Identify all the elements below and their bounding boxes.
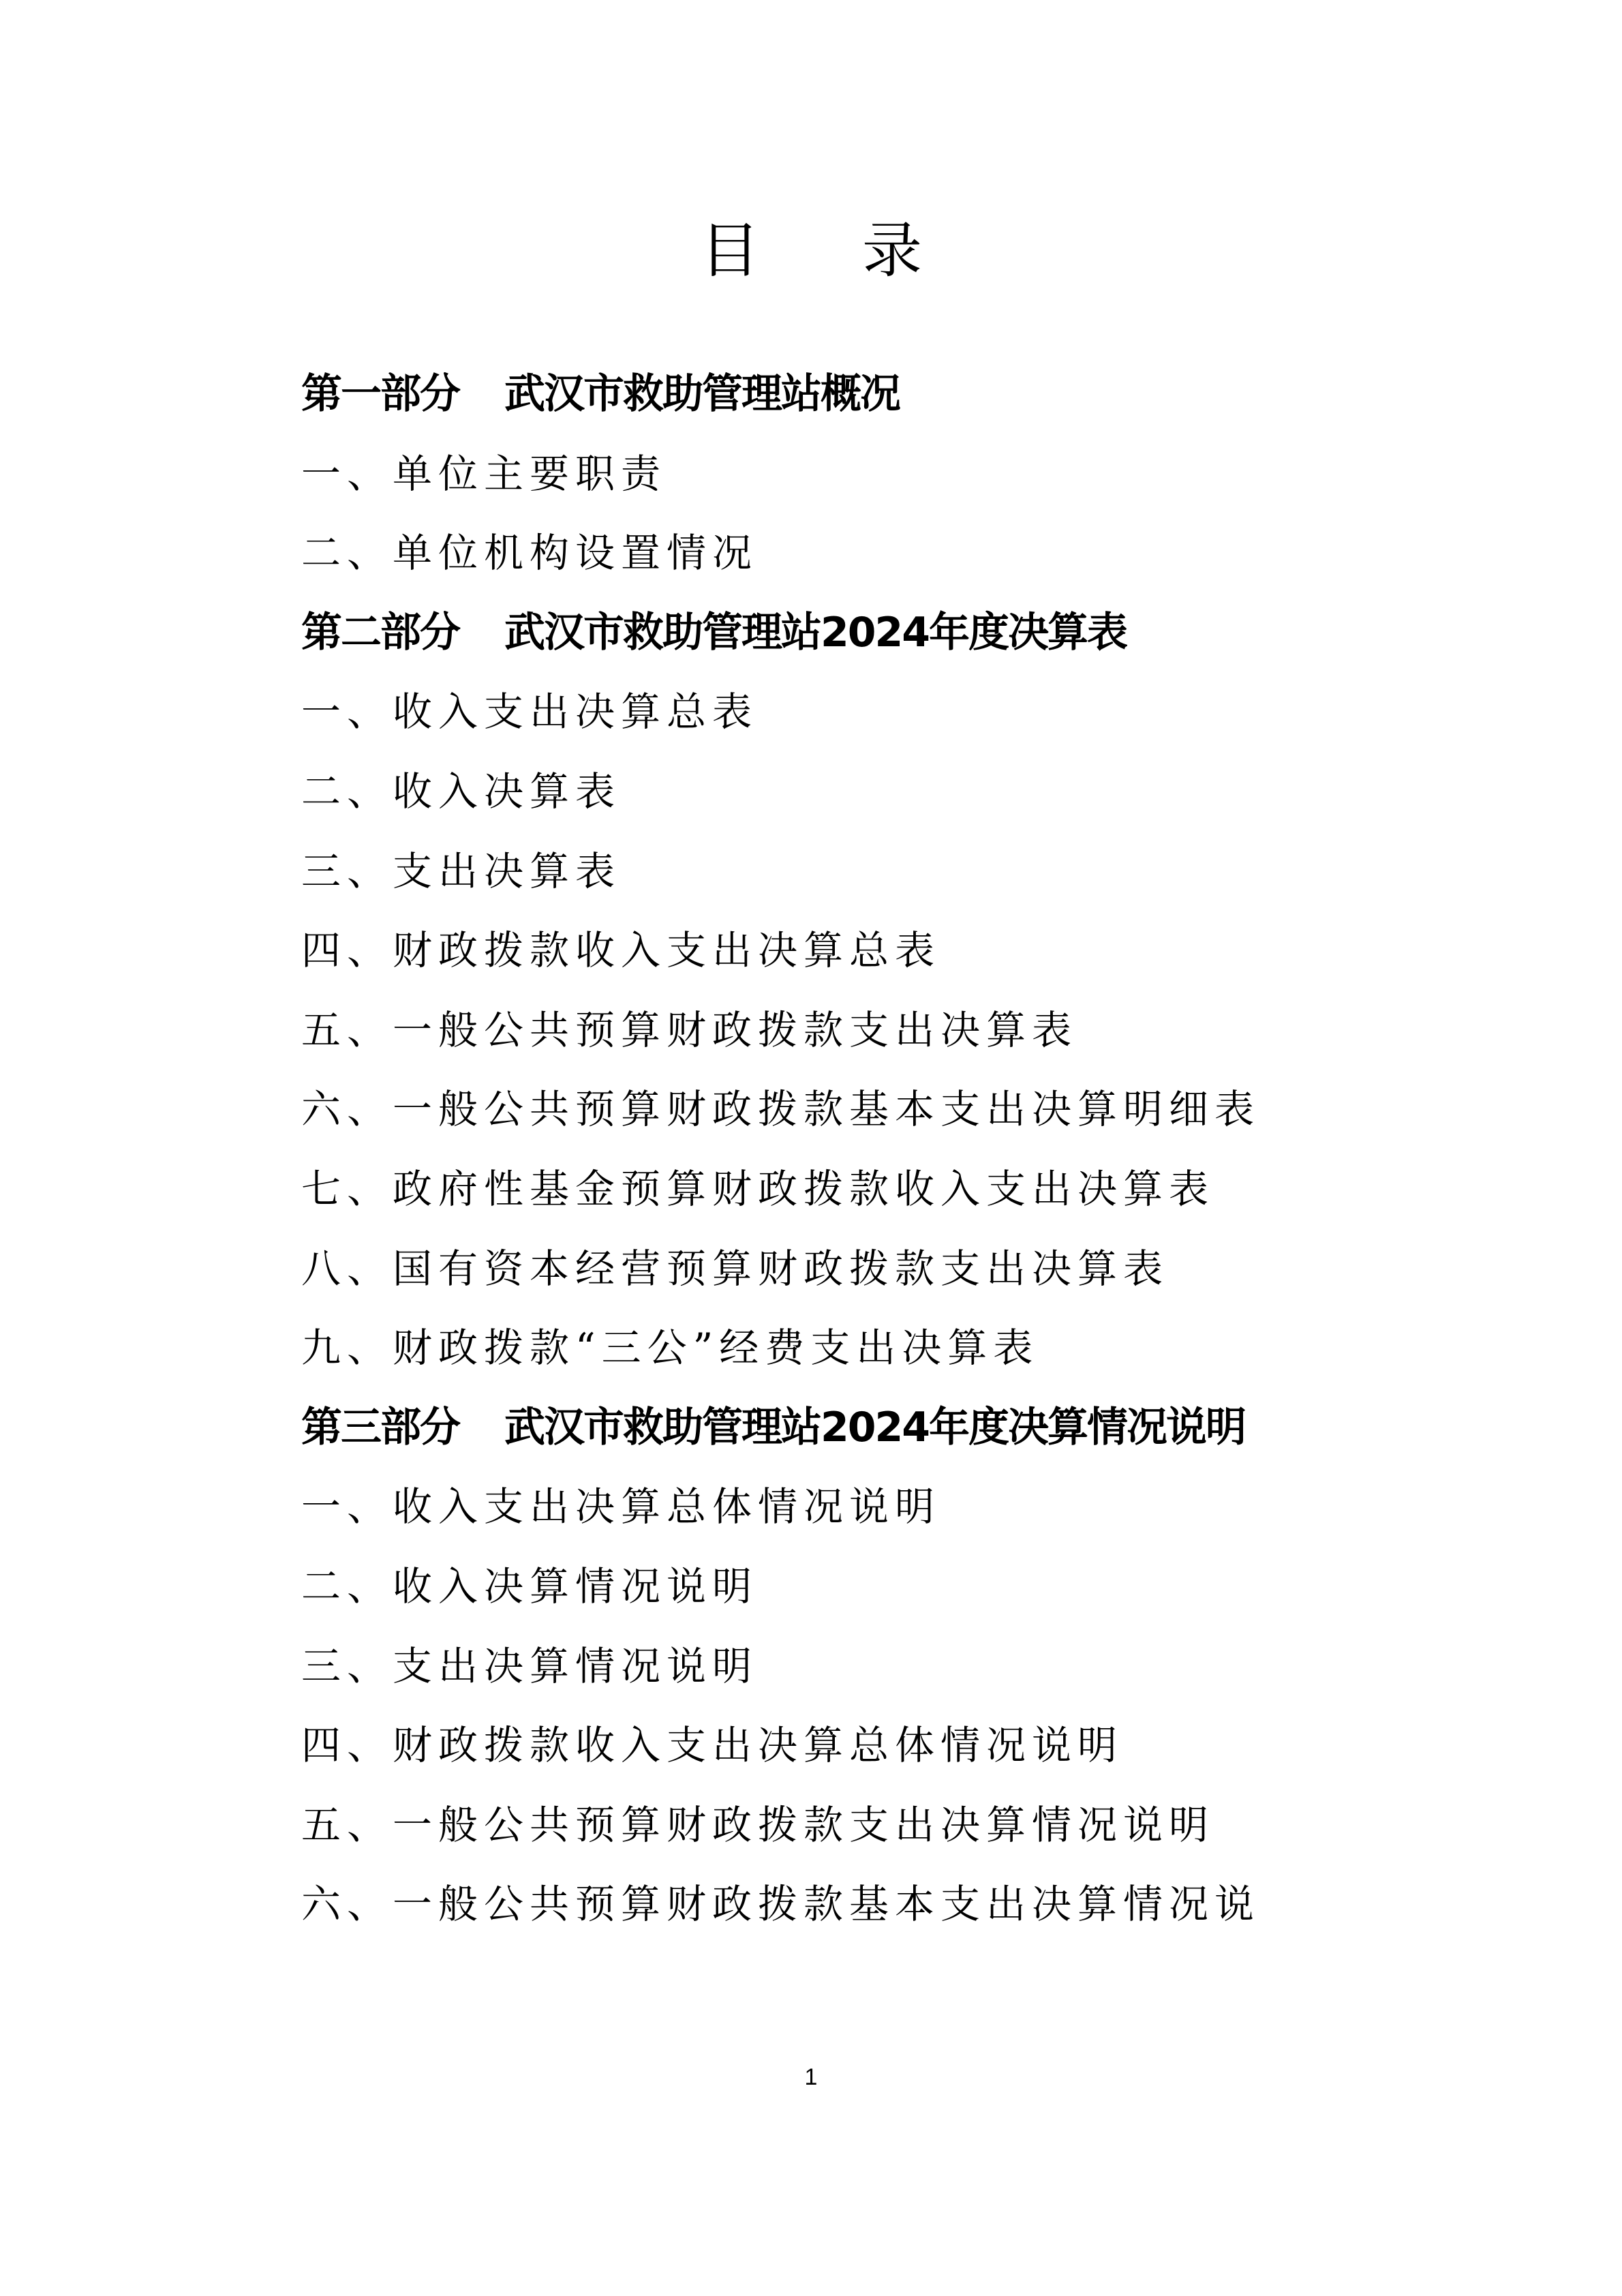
part-label: 第一部分 <box>301 370 459 418</box>
page-title: 目录 <box>0 217 1622 285</box>
toc-item[interactable]: 八、国有资本经营预算财政拨款支出决算表 <box>301 1245 1460 1325</box>
page-number: 1 <box>0 2064 1622 2091</box>
toc-item[interactable]: 六、一般公共预算财政拨款基本支出决算明细表 <box>301 1085 1460 1165</box>
toc-item[interactable]: 二、收入决算情况说明 <box>301 1562 1460 1642</box>
toc-item[interactable]: 一、收入支出决算总体情况说明 <box>301 1483 1460 1562</box>
toc-item[interactable]: 一、单位主要职责 <box>301 450 1460 530</box>
toc-item[interactable]: 一、收入支出决算总表 <box>301 688 1460 768</box>
toc-part-1[interactable]: 第一部分武汉市救助管理站概况 <box>301 370 1460 450</box>
table-of-contents: 第一部分武汉市救助管理站概况 一、单位主要职责 二、单位机构设置情况 第二部分武… <box>301 370 1460 1960</box>
toc-item[interactable]: 六、一般公共预算财政拨款基本支出决算情况说 <box>301 1880 1460 1960</box>
toc-part-2[interactable]: 第二部分武汉市救助管理站2024年度决算表 <box>301 609 1460 689</box>
toc-item[interactable]: 五、一般公共预算财政拨款支出决算表 <box>301 1006 1460 1086</box>
part-title: 武汉市救助管理站2024年度决算表 <box>504 609 1127 656</box>
toc-item[interactable]: 二、收入决算表 <box>301 768 1460 847</box>
part-label: 第三部分 <box>301 1404 459 1451</box>
part-title: 武汉市救助管理站2024年度决算情况说明 <box>504 1404 1245 1451</box>
part-title: 武汉市救助管理站概况 <box>504 370 900 418</box>
toc-item[interactable]: 三、支出决算情况说明 <box>301 1642 1460 1722</box>
toc-item[interactable]: 三、支出决算表 <box>301 847 1460 927</box>
toc-item[interactable]: 九、财政拨款“三公”经费支出决算表 <box>301 1324 1460 1404</box>
toc-item[interactable]: 四、财政拨款收入支出决算总表 <box>301 926 1460 1006</box>
toc-item[interactable]: 五、一般公共预算财政拨款支出决算情况说明 <box>301 1801 1460 1881</box>
toc-item[interactable]: 二、单位机构设置情况 <box>301 529 1460 609</box>
toc-part-3[interactable]: 第三部分武汉市救助管理站2024年度决算情况说明 <box>301 1404 1460 1483</box>
toc-item[interactable]: 四、财政拨款收入支出决算总体情况说明 <box>301 1721 1460 1801</box>
toc-item[interactable]: 七、政府性基金预算财政拨款收入支出决算表 <box>301 1165 1460 1245</box>
part-label: 第二部分 <box>301 609 459 656</box>
